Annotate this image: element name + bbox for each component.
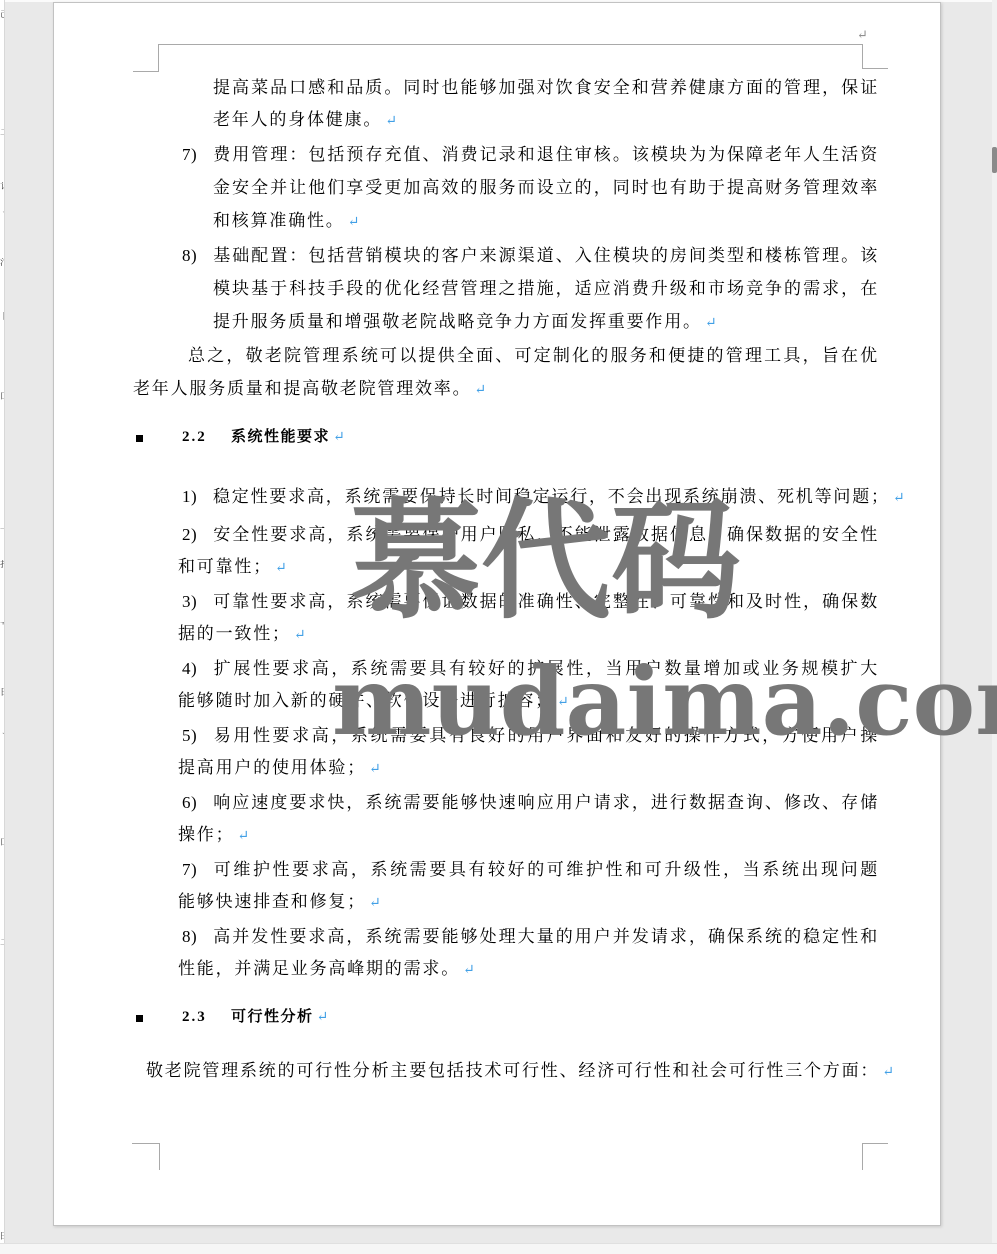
text-line: 7)费用管理：包括预存充值、消费记录和退住审核。该模块为为保障老年人生活资	[182, 142, 879, 168]
list-item-number: 2)	[182, 522, 213, 548]
text-boundary-mark	[862, 68, 888, 69]
text-line: 和核算准确性。↵	[213, 209, 359, 233]
vertical-scrollbar-track[interactable]	[992, 0, 997, 1254]
nav-pane-clipped-text: 日	[0, 688, 4, 697]
word-document-view: { "colors":{ "background":"#e9e9e9","pag…	[0, 0, 997, 1254]
text-line: 性能，并满足业务高峰期的需求。↵	[178, 957, 475, 981]
watermark-cjk: 慕代码	[351, 495, 751, 632]
text-boundary-mark	[862, 44, 863, 68]
paragraph-mark-icon: ↵	[705, 316, 717, 331]
paragraph-mark-icon: ↵	[385, 114, 397, 129]
document-page: ↵ 提高菜品口感和品质。同时也能够加强对饮食安全和营养健康方面的管理，保证老年人…	[53, 2, 941, 1226]
paragraph-mark-icon: ↵	[237, 829, 249, 844]
text-boundary-mark	[862, 1143, 863, 1170]
line-text: 可行性分析	[231, 1009, 314, 1025]
nav-pane-clipped-text: 己	[0, 10, 4, 19]
line-text: 费用管理：包括预存充值、消费记录和退住审核。该模块为为保障老年人生活资	[213, 145, 879, 164]
paragraph-mark-icon: ↵	[317, 1010, 329, 1025]
text-line: 提高菜品口感和品质。同时也能够加强对饮食安全和营养健康方面的管理，保证	[213, 75, 879, 101]
heading-bullet-icon	[136, 1007, 182, 1029]
heading-line: 2.3可行性分析↵	[136, 1006, 328, 1028]
line-text: 老年人服务质量和提高敬老院管理效率。	[133, 379, 471, 398]
nav-pane-clipped-text: 二	[0, 938, 4, 947]
text-line: 6)响应速度要求快，系统需要能够快速响应用户请求，进行数据查询、修改、存储	[182, 790, 879, 816]
nav-pane-clipped-text: 讠	[0, 182, 4, 191]
nav-pane-clipped-text: 口	[0, 392, 4, 401]
line-text: 响应速度要求快，系统需要能够快速响应用户请求，进行数据查询、修改、存储	[213, 793, 879, 812]
list-item-number: 7)	[182, 857, 213, 883]
list-item-number: 8)	[182, 243, 213, 269]
text-boundary-mark	[862, 1143, 888, 1144]
status-bar-strip	[0, 1243, 997, 1254]
line-text: 和核算准确性。	[213, 211, 345, 230]
line-text: 老年人的身体健康。	[213, 110, 382, 129]
line-text: 提高用户的使用体验；	[178, 758, 366, 777]
line-text: 提升服务质量和增强敬老院战略竞争力方面发挥重要作用。	[213, 312, 702, 331]
nav-pane-clipped-text: 卜	[0, 312, 4, 321]
list-item-number: 4)	[182, 656, 213, 682]
text-line: 操作；↵	[178, 823, 249, 847]
paragraph-mark-icon: ↵	[463, 963, 475, 978]
list-item-number: 8)	[182, 924, 213, 950]
paragraph-mark-icon: ↵	[348, 215, 360, 230]
line-text: 基础配置：包括营销模块的客户来源渠道、入住模块的房间类型和楼栋管理。该	[213, 246, 879, 265]
line-text: 高并发性要求高，系统需要能够处理大量的用户并发请求，确保系统的稳定性和	[213, 927, 879, 946]
line-text: 性能，并满足业务高峰期的需求。	[178, 959, 460, 978]
text-line: 提升服务质量和增强敬老院战略竞争力方面发挥重要作用。↵	[213, 310, 717, 334]
text-line: 敬老院管理系统的可行性分析主要包括技术可行性、经济可行性和社会可行性三个方面：↵	[146, 1059, 894, 1083]
line-text: 和可靠性；	[178, 557, 272, 576]
nav-pane-clipped-text: 亠	[0, 526, 4, 535]
list-item-number: 1)	[182, 485, 213, 509]
list-item-number: 6)	[182, 790, 213, 816]
text-line: 老年人服务质量和提高敬老院管理效率。↵	[133, 377, 486, 401]
nav-pane-clipped-text: 丨	[0, 788, 4, 797]
text-line: 据的一致性；↵	[178, 622, 306, 646]
paragraph-mark-icon: ↵	[369, 762, 381, 777]
heading-bullet-icon	[136, 427, 182, 449]
watermark-latin: mudaima.com	[332, 655, 997, 749]
line-text: 能够快速排查和修复；	[178, 892, 366, 911]
heading-number: 2.3	[182, 1006, 231, 1028]
list-item-number: 7)	[182, 142, 213, 168]
paragraph-mark-icon: ↵	[333, 430, 345, 445]
heading-number: 2.2	[182, 426, 231, 448]
text-boundary-mark	[133, 71, 159, 72]
text-line: 提高用户的使用体验；↵	[178, 756, 381, 780]
line-text: 提高菜品口感和品质。同时也能够加强对饮食安全和营养健康方面的管理，保证	[213, 78, 879, 97]
text-boundary-mark	[132, 1143, 160, 1144]
paragraph-mark-icon: ↵	[275, 561, 287, 576]
line-text: 操作；	[178, 825, 234, 844]
text-line: 能够快速排查和修复；↵	[178, 890, 381, 914]
line-text: 可维护性要求高，系统需要具有较好的可维护性和可升级性，当系统出现问题时，	[182, 860, 879, 883]
text-line: 总之，敬老院管理系统可以提供全面、可定制化的服务和便捷的管理工具，旨在优化	[188, 343, 879, 369]
list-item-number: 3)	[182, 589, 213, 615]
nav-pane-clipped-text: 亅	[0, 726, 4, 735]
line-text: 模块基于科技手段的优化经营管理之措施，适应消费升级和市场竞争的需求，在	[213, 279, 879, 298]
line-text: 金安全并让他们享受更加高效的服务而设立的，同时也有助于提高财务管理效率	[213, 178, 879, 197]
paragraph-mark-icon: ↵	[294, 628, 306, 643]
vertical-scrollbar-thumb[interactable]	[992, 147, 997, 173]
line-text: 系统性能要求	[231, 429, 330, 445]
line-text: 总之，敬老院管理系统可以提供全面、可定制化的服务和便捷的管理工具，旨在优化	[188, 346, 879, 369]
text-line: 8)基础配置：包括营销模块的客户来源渠道、入住模块的房间类型和楼栋管理。该	[182, 243, 879, 269]
text-line: 模块基于科技手段的优化经营管理之措施，适应消费升级和市场竞争的需求，在	[213, 276, 879, 302]
paragraph-mark-icon: ↵	[893, 491, 905, 506]
text-line: 和可靠性；↵	[178, 555, 287, 579]
text-boundary-mark	[158, 44, 862, 45]
paragraph-mark-icon: ↵	[369, 896, 381, 911]
heading-line: 2.2系统性能要求↵	[136, 426, 345, 448]
nav-pane-clipped-text: 丨	[0, 58, 4, 67]
paragraph-mark-icon: ↵	[474, 383, 486, 398]
text-line: 金安全并让他们享受更加高效的服务而设立的，同时也有助于提高财务管理效率	[213, 175, 879, 201]
line-text: 据的一致性；	[178, 624, 291, 643]
nav-pane-clipped-text: 二	[0, 128, 4, 137]
navigation-pane-clipped: 己丨二讠丶氵卜口亠扌艹日亅丨口二田	[0, 0, 5, 1254]
paragraph-mark-icon: ↵	[882, 1065, 894, 1080]
text-line: 8)高并发性要求高，系统需要能够处理大量的用户并发请求，确保系统的稳定性和	[182, 924, 879, 950]
nav-pane-clipped-text: 丶	[0, 210, 4, 219]
nav-pane-clipped-text: 氵	[0, 258, 4, 267]
text-line: 老年人的身体健康。↵	[213, 108, 397, 132]
nav-pane-clipped-text: 扌	[0, 560, 4, 569]
list-item-number: 5)	[182, 723, 213, 749]
text-boundary-mark	[158, 44, 159, 71]
nav-pane-clipped-text: 艹	[0, 622, 4, 631]
header-paragraph-mark-icon: ↵	[857, 27, 868, 43]
text-line: 7)可维护性要求高，系统需要具有较好的可维护性和可升级性，当系统出现问题时，	[182, 857, 879, 883]
nav-pane-clipped-text: 田	[0, 1232, 4, 1241]
text-boundary-mark	[159, 1143, 160, 1170]
line-text: 敬老院管理系统的可行性分析主要包括技术可行性、经济可行性和社会可行性三个方面：	[146, 1061, 879, 1080]
nav-pane-clipped-text: 口	[0, 838, 4, 847]
